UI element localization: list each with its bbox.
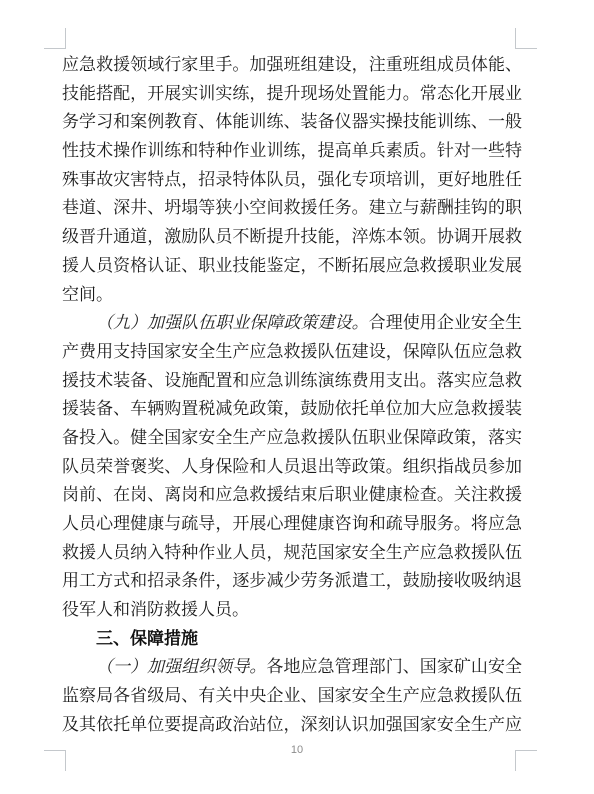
heading-line: 三、保障措施 xyxy=(62,625,522,654)
text-run: 岗前、在岗、离岗和应急救援结束后职业健康检查。关注救援 xyxy=(62,485,522,504)
text-run: 监察局各省级局、有关中央企业、国家安全生产应急救援队伍 xyxy=(62,686,522,705)
text-line: 务学习和案例教育、体能训练、装备仪器实操技能训练、一般 xyxy=(62,108,522,137)
text-run: 救援人员纳入特种作业人员，规范国家安全生产应急救援队伍 xyxy=(62,543,522,562)
text-line: （九）加强队伍职业保障政策建设。合理使用企业安全生 xyxy=(62,309,522,338)
text-boundary-mark-top-right xyxy=(515,28,537,49)
text-line: 技能搭配，开展实训实练，提升现场处置能力。常态化开展业 xyxy=(62,80,522,109)
text-run: 性技术操作训练和特种作业训练，提高单兵素质。针对一些特 xyxy=(62,141,522,160)
text-line: 救援人员纳入特种作业人员，规范国家安全生产应急救援队伍 xyxy=(62,539,522,568)
text-run: 产费用支持国家安全生产应急救援队伍建设，保障队伍应急救 xyxy=(62,342,522,361)
text-line: （一）加强组织领导。各地应急管理部门、国家矿山安全 xyxy=(62,653,522,682)
text-line: 级晋升通道，激励队员不断提升技能，淬炼本领。协调开展救 xyxy=(62,223,522,252)
text-run: 援人员资格认证、职业技能鉴定，不断拓展应急救援职业发展 xyxy=(62,256,522,275)
text-line: 备投入。健全国家安全生产应急救援队伍职业保障政策，落实 xyxy=(62,424,522,453)
text-run: 应急救援领域行家里手。加强班组建设，注重班组成员体能、 xyxy=(62,55,522,74)
text-line: 监察局各省级局、有关中央企业、国家安全生产应急救援队伍 xyxy=(62,682,522,711)
text-line: 巷道、深井、坍塌等狭小空间救援任务。建立与薪酬挂钩的职 xyxy=(62,194,522,223)
document-page: 应急救援领域行家里手。加强班组建设，注重班组成员体能、技能搭配，开展实训实练，提… xyxy=(0,0,594,794)
text-line: 性技术操作训练和特种作业训练，提高单兵素质。针对一些特 xyxy=(62,137,522,166)
kaiti-run: （一）加强组织领导。 xyxy=(96,657,266,676)
text-line: 岗前、在岗、离岗和应急救援结束后职业健康检查。关注救援 xyxy=(62,481,522,510)
text-run: 援装备、车辆购置税减免政策，鼓励依托单位加大应急救援装 xyxy=(62,399,522,418)
text-run: 各地应急管理部门、国家矿山安全 xyxy=(266,657,522,676)
text-line: 空间。 xyxy=(62,281,522,310)
text-line: 产费用支持国家安全生产应急救援队伍建设，保障队伍应急救 xyxy=(62,338,522,367)
text-run: 用工方式和招录条件，逐步减少劳务派遣工，鼓励接收吸纳退 xyxy=(62,571,522,590)
text-run: 及其依托单位要提高政治站位，深刻认识加强国家安全生产应 xyxy=(62,715,522,734)
text-run: 级晋升通道，激励队员不断提升技能，淬炼本领。协调开展救 xyxy=(62,227,522,246)
text-run: 巷道、深井、坍塌等狭小空间救援任务。建立与薪酬挂钩的职 xyxy=(62,198,522,217)
bold-heading-run: 三、保障措施 xyxy=(96,629,198,648)
text-line: 役军人和消防救援人员。 xyxy=(62,596,522,625)
text-run: 空间。 xyxy=(62,285,113,304)
text-run: 队员荣誉褒奖、人身保险和人员退出等政策。组织指战员参加 xyxy=(62,457,522,476)
text-block: 应急救援领域行家里手。加强班组建设，注重班组成员体能、技能搭配，开展实训实练，提… xyxy=(62,51,522,740)
kaiti-run: （九）加强队伍职业保障政策建设。 xyxy=(96,313,369,332)
text-run: 备投入。健全国家安全生产应急救援队伍职业保障政策，落实 xyxy=(62,428,522,447)
text-line: 应急救援领域行家里手。加强班组建设，注重班组成员体能、 xyxy=(62,51,522,80)
text-run: 技能搭配，开展实训实练，提升现场处置能力。常态化开展业 xyxy=(62,84,522,103)
text-boundary-mark-top-left xyxy=(44,28,66,49)
text-line: 援人员资格认证、职业技能鉴定，不断拓展应急救援职业发展 xyxy=(62,252,522,281)
text-run: 援技术装备、设施配置和应急训练演练费用支出。落实应急救 xyxy=(62,371,522,390)
text-run: 务学习和案例教育、体能训练、装备仪器实操技能训练、一般 xyxy=(62,112,522,131)
text-line: 援技术装备、设施配置和应急训练演练费用支出。落实应急救 xyxy=(62,367,522,396)
text-run: 合理使用企业安全生 xyxy=(369,313,522,332)
text-line: 人员心理健康与疏导，开展心理健康咨询和疏导服务。将应急 xyxy=(62,510,522,539)
text-run: 殊事故灾害特点，招录特体队员，强化专项培训，更好地胜任 xyxy=(62,170,522,189)
text-run: 人员心理健康与疏导，开展心理健康咨询和疏导服务。将应急 xyxy=(62,514,522,533)
text-line: 殊事故灾害特点，招录特体队员，强化专项培训，更好地胜任 xyxy=(62,166,522,195)
text-line: 援装备、车辆购置税减免政策，鼓励依托单位加大应急救援装 xyxy=(62,395,522,424)
text-line: 队员荣誉褒奖、人身保险和人员退出等政策。组织指战员参加 xyxy=(62,453,522,482)
text-line: 用工方式和招录条件，逐步减少劳务派遣工，鼓励接收吸纳退 xyxy=(62,567,522,596)
page-number: 10 xyxy=(0,744,594,756)
text-line: 及其依托单位要提高政治站位，深刻认识加强国家安全生产应 xyxy=(62,711,522,740)
text-run: 役军人和消防救援人员。 xyxy=(62,600,249,619)
